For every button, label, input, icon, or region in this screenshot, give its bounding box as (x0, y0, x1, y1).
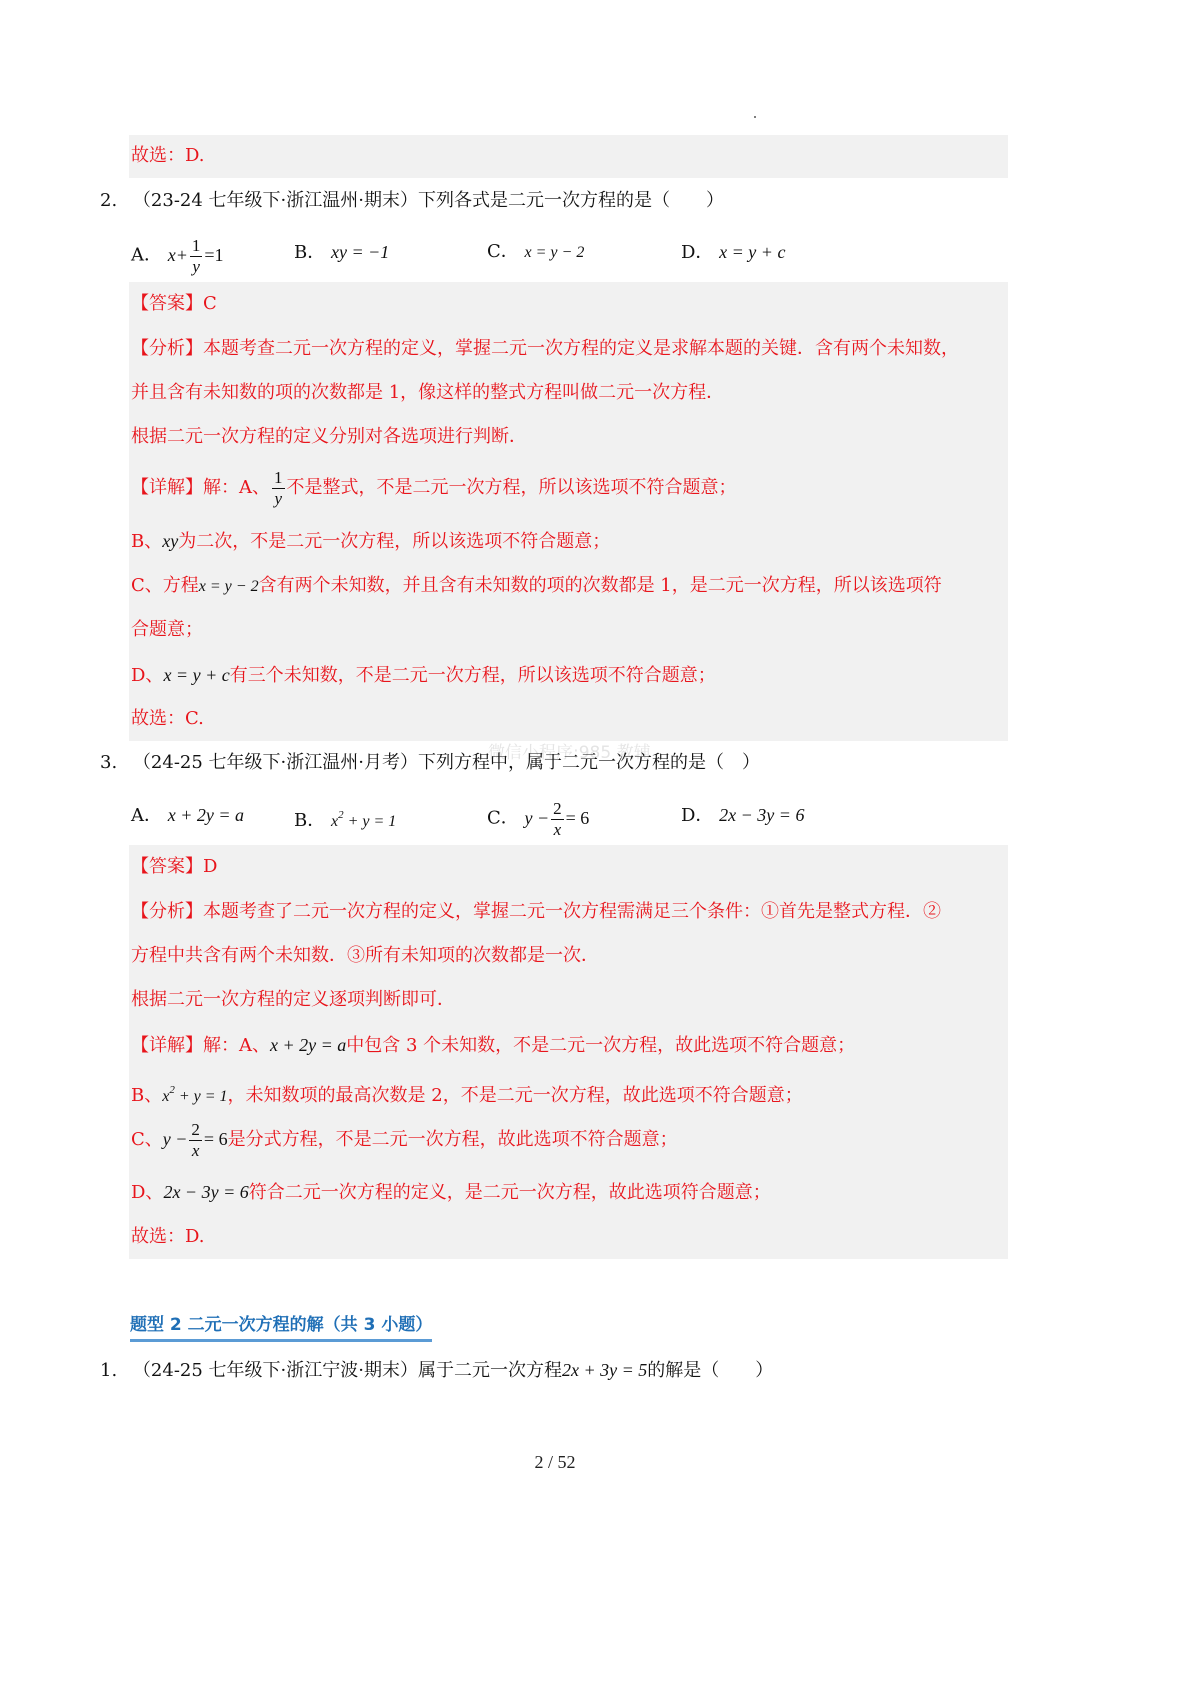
option-c: C． y −2x= 6 (487, 799, 589, 840)
option-expression: x + 2y = a (168, 805, 244, 825)
detail-tag: 【详解】 (131, 477, 203, 498)
detail-prefix: B、 (131, 531, 162, 552)
option-c: C． x = y − 2 (487, 240, 584, 265)
option-expression: x+1y=1 (168, 245, 224, 265)
option-label: D． (681, 805, 713, 826)
detail-text: 符合二元一次方程的定义，是二元一次方程，故此选项符合题意； (249, 1182, 771, 1203)
option-expression: x = y − 2 (525, 244, 585, 261)
option-a: A． x + 2y = a (131, 803, 244, 828)
expr-part: + y = 1 (344, 813, 397, 830)
option-b: B． xy = −1 (294, 240, 389, 265)
detail-text: 是分式方程，不是二元一次方程，故此选项不符合题意； (228, 1129, 678, 1150)
stray-dot (754, 116, 756, 118)
question-text: 的解是（ ） (647, 1360, 773, 1381)
analysis-line-2: 方程中共含有两个未知数．③所有未知项的次数都是一次． (131, 944, 599, 968)
analysis-line-2: 并且含有未知数的项的次数都是 1，像这样的整式方程叫做二元一次方程． (131, 381, 724, 405)
expr-base: x (331, 813, 338, 830)
detail-text: 有三个未知数，不是二元一次方程，所以该选项不符合题意； (230, 665, 716, 686)
detail-c-cont: 合题意； (131, 618, 203, 642)
detail-a: 【详解】解：A、x + 2y = a中包含 3 个未知数，不是二元一次方程，故此… (131, 1033, 855, 1058)
numerator: 2 (189, 1120, 202, 1141)
denominator: y (190, 257, 202, 277)
answer-tag: 【答案】 (131, 856, 203, 877)
detail-prefix: 解：A、 (203, 1035, 270, 1056)
fraction: 2x (551, 799, 564, 840)
analysis-line-3: 根据二元一次方程的定义逐项判断即可． (131, 988, 455, 1012)
detail-expression: xy (162, 531, 178, 551)
detail-c: C、方程x = y − 2含有两个未知数，并且含有未知数的项的次数都是 1，是二… (131, 574, 942, 599)
answer-value: C (203, 293, 217, 314)
option-label: A． (131, 245, 162, 266)
option-label: D． (681, 242, 713, 263)
numerator: 1 (272, 468, 285, 489)
numerator: 2 (551, 799, 564, 820)
detail-prefix: B、 (131, 1085, 162, 1106)
expr-part: y − (163, 1129, 188, 1149)
detail-a: 【详解】解：A、1y不是整式，不是二元一次方程，所以该选项不符合题意； (131, 466, 737, 510)
option-expression: xy = −1 (331, 242, 389, 262)
detail-text: 中包含 3 个未知数，不是二元一次方程，故此选项不符合题意； (346, 1035, 855, 1056)
page-number: 2 / 52 (0, 1452, 1110, 1473)
option-d: D． x = y + c (681, 240, 785, 265)
expr-part: y − (525, 808, 550, 828)
denominator: x (552, 820, 564, 840)
detail-b: B、xy为二次，不是二元一次方程，所以该选项不符合题意； (131, 529, 610, 554)
option-label: C． (487, 241, 519, 262)
expr-part: = 6 (566, 808, 590, 828)
detail-prefix: C、方程 (131, 575, 199, 596)
answer-box-q3: 【答案】D 【分析】本题考查了二元一次方程的定义，掌握二元一次方程需满足三个条件… (129, 845, 1008, 1259)
detail-text: ，未知数项的最高次数是 2，不是二元一次方程，故此选项不符合题意； (228, 1085, 803, 1106)
answer-value: D (203, 856, 217, 877)
detail-text: 不是整式，不是二元一次方程，所以该选项不符合题意； (287, 477, 737, 498)
option-expression: y −2x= 6 (525, 808, 590, 828)
option-expression: x2 + y = 1 (331, 813, 396, 830)
analysis-line-1: 【分析】本题考查二元一次方程的定义，掌握二元一次方程的定义是求解本题的关键．含有… (131, 337, 959, 361)
option-label: A． (131, 805, 162, 826)
conclusion-text: 故选：D. (131, 1225, 205, 1249)
question-number: 3. (100, 752, 117, 773)
fraction: 1y (272, 468, 285, 509)
detail-prefix: D、 (131, 1182, 163, 1203)
detail-text: 含有两个未知数，并且含有未知数的项的次数都是 1，是二元一次方程，所以该选项符 (259, 575, 942, 596)
analysis-text: 本题考查了二元一次方程的定义，掌握二元一次方程需满足三个条件：①首先是整式方程．… (203, 901, 941, 922)
detail-expression: 2x − 3y = 6 (163, 1182, 248, 1202)
fraction: 1y (190, 236, 203, 277)
option-expression: 2x − 3y = 6 (719, 805, 804, 825)
option-label: C． (487, 808, 519, 829)
answer-line: 【答案】D (131, 855, 217, 879)
detail-expression: y −2x= 6 (163, 1129, 228, 1149)
fraction: 2x (189, 1120, 202, 1161)
expr-part: + y = 1 (175, 1088, 228, 1105)
answer-box-q2: 【答案】C 【分析】本题考查二元一次方程的定义，掌握二元一次方程的定义是求解本题… (129, 282, 1008, 741)
option-d: D． 2x − 3y = 6 (681, 803, 804, 828)
detail-expression: x = y + c (163, 665, 229, 685)
detail-prefix: C、 (131, 1129, 163, 1150)
expr-part: = 6 (204, 1129, 228, 1149)
denominator: y (272, 489, 284, 509)
numerator: 1 (190, 236, 203, 257)
expr-part: =1 (204, 245, 223, 265)
answer-box-prev: 故选：D. (129, 135, 1008, 178)
analysis-tag: 【分析】 (131, 901, 203, 922)
detail-c: C、y −2x= 6是分式方程，不是二元一次方程，故此选项不符合题意； (131, 1117, 678, 1162)
analysis-line-1: 【分析】本题考查了二元一次方程的定义，掌握二元一次方程需满足三个条件：①首先是整… (131, 900, 941, 924)
detail-d: D、x = y + c有三个未知数，不是二元一次方程，所以该选项不符合题意； (131, 663, 716, 688)
detail-expression: x + 2y = a (270, 1035, 346, 1055)
question-text: （24-25 七年级下·浙江宁波·期末）属于二元一次方程 (133, 1360, 562, 1381)
question-number: 2. (100, 190, 117, 211)
option-label: B． (294, 810, 325, 831)
question-3-stem: 3. （24-25 七年级下·浙江温州·月考）下列方程中，属于二元一次方程的是（… (100, 751, 760, 775)
detail-prefix: 解：A、 (203, 477, 270, 498)
analysis-tag: 【分析】 (131, 338, 203, 359)
analysis-line-3: 根据二元一次方程的定义分别对各选项进行判断． (131, 425, 527, 449)
question-text: （23-24 七年级下·浙江温州·期末）下列各式是二元一次方程的是（ ） (133, 190, 724, 211)
denominator: x (190, 1141, 202, 1161)
expr-part: x+ (168, 245, 188, 265)
detail-tag: 【详解】 (131, 1035, 203, 1056)
section-heading[interactable]: 题型 2 二元一次方程的解（共 3 小题） (130, 1313, 432, 1342)
detail-d: D、2x − 3y = 6符合二元一次方程的定义，是二元一次方程，故此选项符合题… (131, 1180, 771, 1205)
question-2-stem: 2. （23-24 七年级下·浙江温州·期末）下列各式是二元一次方程的是（ ） (100, 189, 724, 213)
question-number: 1. (100, 1360, 117, 1381)
section-question-1-stem: 1. （24-25 七年级下·浙江宁波·期末）属于二元一次方程2x + 3y =… (100, 1358, 773, 1383)
answer-tag: 【答案】 (131, 293, 203, 314)
detail-text: 为二次，不是二元一次方程，所以该选项不符合题意； (178, 531, 610, 552)
option-b: B． x2 + y = 1 (294, 803, 396, 834)
detail-prefix: D、 (131, 665, 163, 686)
question-expression: 2x + 3y = 5 (562, 1360, 647, 1380)
analysis-text: 本题考查二元一次方程的定义，掌握二元一次方程的定义是求解本题的关键．含有两个未知… (203, 338, 959, 359)
option-label: B． (294, 242, 325, 263)
answer-line: 【答案】C (131, 292, 217, 316)
detail-expression: x = y − 2 (199, 578, 259, 595)
option-a: A． x+1y=1 (131, 236, 224, 277)
option-expression: x = y + c (719, 242, 785, 262)
detail-b: B、x2 + y = 1，未知数项的最高次数是 2，不是二元一次方程，故此选项不… (131, 1078, 803, 1109)
conclusion-text: 故选：C. (131, 707, 204, 731)
conclusion-text: 故选：D. (131, 144, 205, 168)
question-text: （24-25 七年级下·浙江温州·月考）下列方程中，属于二元一次方程的是（ ） (133, 752, 760, 773)
